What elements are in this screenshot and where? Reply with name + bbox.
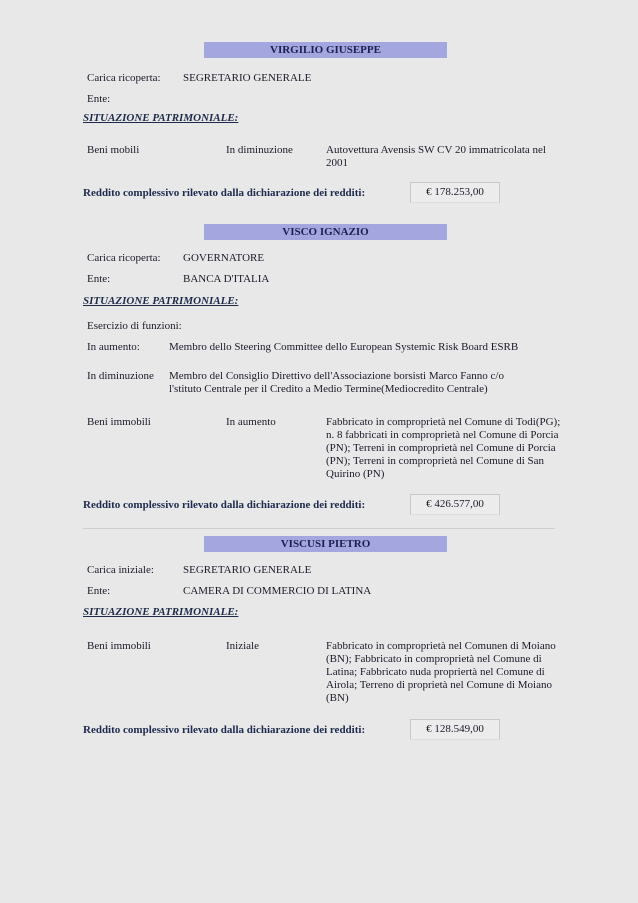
separator-line [83, 528, 555, 529]
entity-value: CAMERA DI COMMERCIO DI LATINA [183, 585, 371, 598]
section-title: SITUAZIONE PATRIMONIALE: [83, 606, 238, 618]
asset-change: Iniziale [226, 640, 259, 653]
asset-type: Beni immobili [87, 416, 151, 429]
section-title: SITUAZIONE PATRIMONIALE: [83, 295, 238, 307]
function-change: In diminuzione [87, 370, 154, 383]
section-title: SITUAZIONE PATRIMONIALE: [83, 112, 238, 124]
function-description: Membro del Consiglio Direttivo dell'Asso… [169, 370, 539, 396]
income-label: Reddito complessivo rilevato dalla dichi… [83, 499, 365, 511]
role-value: SEGRETARIO GENERALE [183, 72, 311, 85]
income-value: € 426.577,00 [410, 494, 500, 515]
person-name-header: VIRGILIO GIUSEPPE [204, 42, 447, 58]
income-value: € 178.253,00 [410, 182, 500, 203]
income-value: € 128.549,00 [410, 719, 500, 740]
function-description: Membro dello Steering Committee dello Eu… [169, 341, 518, 354]
entity-value: BANCA D'ITALIA [183, 273, 269, 286]
function-change: In aumento: [87, 341, 140, 354]
asset-type: Beni immobili [87, 640, 151, 653]
asset-description: Fabbricato in comproprietà nel Comunen d… [326, 640, 568, 705]
asset-change: In aumento [226, 416, 276, 429]
asset-description: Autovettura Avensis SW CV 20 immatricola… [326, 144, 566, 170]
document-page: VIRGILIO GIUSEPPE Carica ricoperta: SEGR… [0, 0, 638, 903]
asset-type: Beni mobili [87, 144, 139, 157]
role-label: Carica iniziale: [87, 564, 154, 577]
entity-label: Ente: [87, 93, 110, 106]
asset-change: In diminuzione [226, 144, 293, 157]
asset-description: Fabbricato in comproprietà nel Comune di… [326, 416, 564, 481]
income-label: Reddito complessivo rilevato dalla dichi… [83, 724, 365, 736]
income-label: Reddito complessivo rilevato dalla dichi… [83, 187, 365, 199]
person-name-header: VISCUSI PIETRO [204, 536, 447, 552]
role-label: Carica ricoperta: [87, 72, 161, 85]
role-label: Carica ricoperta: [87, 252, 161, 265]
functions-label: Esercizio di funzioni: [87, 320, 182, 333]
entity-label: Ente: [87, 273, 110, 286]
role-value: GOVERNATORE [183, 252, 264, 265]
person-name-header: VISCO IGNAZIO [204, 224, 447, 240]
entity-label: Ente: [87, 585, 110, 598]
role-value: SEGRETARIO GENERALE [183, 564, 311, 577]
